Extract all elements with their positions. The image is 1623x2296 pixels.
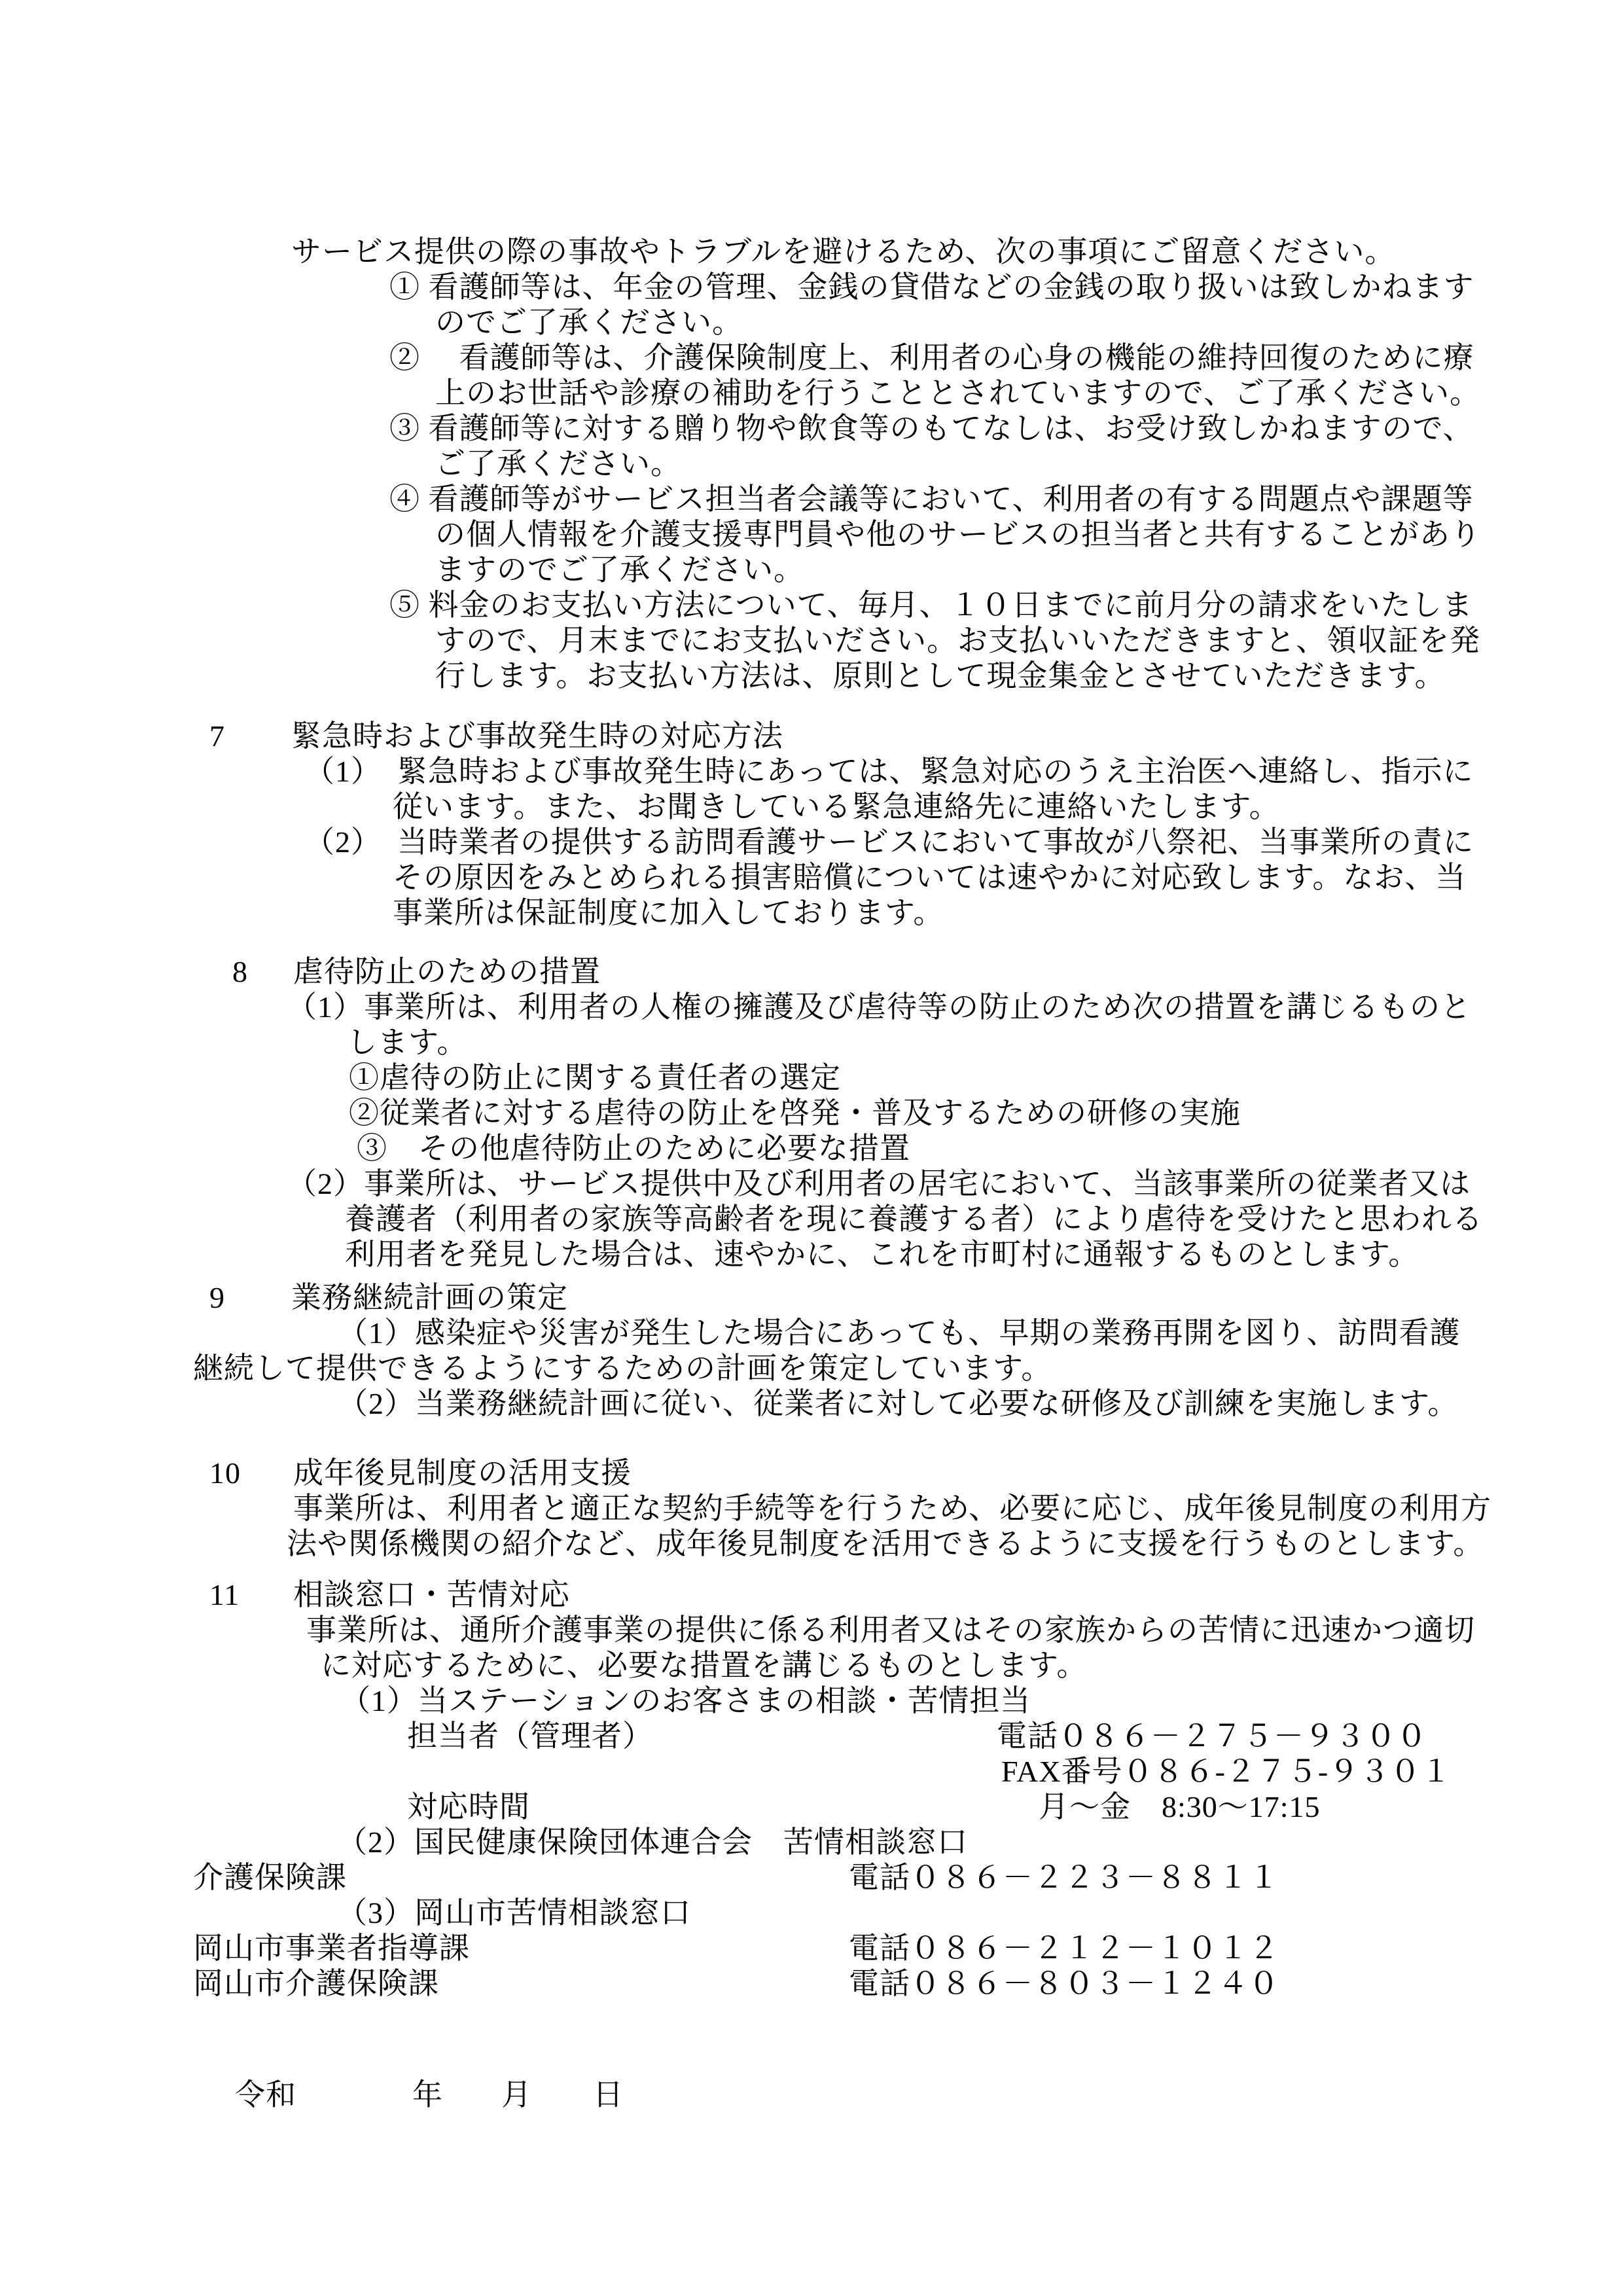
section-line: （2）事業所は、サービス提供中及び利用者の居宅において、当該事業所の従業者又は: [287, 1166, 1471, 1202]
section-number: 7: [209, 719, 225, 754]
note-line: の個人情報を介護支援専門員や他のサービスの担当者と共有することがあり: [435, 517, 1481, 552]
section-line: します。: [347, 1025, 467, 1060]
section-line: （1）事業所は、利用者の人権の擁護及び虐待等の防止のため次の措置を講じるものと: [287, 990, 1471, 1025]
section-title: 業務継続計画の策定: [291, 1280, 568, 1316]
intro-line: サービス提供の際の事故やトラブルを避けるため、次の事項にご留意ください。: [291, 234, 1395, 270]
section-line: 養護者（利用者の家族等高齢者を現に養護する者）により虐待を受けたと思われる: [345, 1202, 1483, 1237]
section-title: 虐待防止のための措置: [293, 954, 601, 990]
section-title: 相談窓口・苦情対応: [293, 1577, 570, 1613]
note-line: ① 看護師等は、年金の管理、金銭の貸借などの金銭の取り扱いは致しかねます: [389, 270, 1474, 305]
section-line: （1）感染症や災害が発生した場合にあっても、早期の業務再開を図り、訪問看護: [338, 1316, 1461, 1351]
section-line: 事業所は、通所介護事業の提供に係る利用者又はその家族からの苦情に迅速かつ適切: [306, 1613, 1475, 1648]
note-line: ③ 看護師等に対する贈り物や飲食等のもてなしは、お受け致しかねますので、: [389, 411, 1474, 446]
date-day-label: 日: [593, 2077, 624, 2113]
section-title: 緊急時および事故発生時の対応方法: [291, 719, 783, 754]
section-line: （2）当業務継続計画に従い、従業者に対して必要な研修及び訓練を実施します。: [338, 1386, 1458, 1422]
section-number: 10: [209, 1456, 241, 1491]
contact-fax: FAX番号０８６-２７５-９３０１: [1001, 1754, 1452, 1789]
contact-hours: 月～金 8:30～17:15: [1039, 1789, 1321, 1825]
section-line: 事業所は、利用者と適正な契約手続等を行うため、必要に応じ、成年後見制度の利用方: [293, 1491, 1491, 1526]
date-era-label: 令和: [235, 2077, 296, 2113]
complaint-heading: （3）岡山市苦情相談窓口: [337, 1895, 691, 1931]
document-page: サービス提供の際の事故やトラブルを避けるため、次の事項にご留意ください。 ① 看…: [0, 0, 1623, 2296]
note-line: ④ 看護師等がサービス担当者会議等において、利用者の有する問題点や課題等: [389, 482, 1474, 517]
note-line: ご了承ください。: [435, 446, 681, 482]
note-line: ② 看護師等は、介護保険制度上、利用者の心身の機能の維持回復のために療: [389, 340, 1474, 376]
date-month-label: 月: [501, 2077, 532, 2113]
note-line: ⑤ 料金のお支払い方法について、毎月、１０日までに前月分の請求をいたしま: [389, 588, 1473, 623]
note-line: 上のお世話や診療の補助を行うこととされていますので、ご了承ください。: [435, 376, 1480, 411]
complaint-heading: （1）当ステーションのお客さまの相談・苦情担当: [340, 1683, 1031, 1719]
section-line: （2） 当時業者の提供する訪問看護サービスにおいて事故が八祭祀、当事業所の責に: [304, 825, 1474, 860]
contact-phone: 電話０８６－２１２－１０１２: [849, 1931, 1279, 1966]
section-line: 事業所は保証制度に加入しております。: [393, 895, 944, 931]
date-year-label: 年: [412, 2077, 443, 2113]
contact-label: 介護保険課: [193, 1860, 347, 1895]
contact-phone: 電話０８６－２２３－８８１１: [849, 1860, 1279, 1895]
section-line: その原因をみとめられる損害賠償については速やかに対応致します。なお、当: [393, 860, 1466, 895]
section-line: 利用者を発見した場合は、速やかに、これを市町村に通報するものとします。: [345, 1237, 1419, 1272]
section-line: に対応するために、必要な措置を講じるものとします。: [321, 1648, 1087, 1683]
contact-label: 対応時間: [407, 1789, 530, 1825]
contact-label: 岡山市事業者指導課: [193, 1931, 470, 1966]
note-line: ますのでご了承ください。: [435, 552, 804, 588]
section-line: （1） 緊急時および事故発生時にあっては、緊急対応のうえ主治医へ連絡し、指示に: [304, 754, 1474, 789]
section-line: 継続して提供できるようにするための計画を策定しています。: [193, 1351, 1052, 1386]
contact-label: 担当者（管理者）: [407, 1719, 653, 1754]
section-line: 従います。また、お聞きしている緊急連絡先に連絡いたします。: [393, 789, 1280, 825]
note-line: すので、月末までにお支払いださい。お支払いいただきますと、領収証を発: [435, 623, 1480, 658]
contact-phone: 電話０８６－２７５－９３００: [997, 1719, 1427, 1754]
section-line: ②従業者に対する虐待の防止を啓発・普及するための研修の実施: [349, 1096, 1241, 1131]
section-line: ③ その他虐待防止のために必要な措置: [357, 1131, 910, 1166]
section-line: ①虐待の防止に関する責任者の選定: [349, 1060, 841, 1096]
section-number: 8: [232, 954, 248, 990]
contact-phone: 電話０８６－８０３－１２４０: [849, 1966, 1279, 2001]
section-number: 11: [209, 1577, 240, 1613]
contact-label: 岡山市介護保険課: [193, 1966, 439, 2001]
section-title: 成年後見制度の活用支援: [293, 1456, 632, 1491]
note-line: のでご了承ください。: [435, 305, 743, 340]
note-line: 行します。お支払い方法は、原則として現金集金とさせていただきます。: [435, 658, 1446, 694]
section-line: 法や関係機関の紹介など、成年後見制度を活用できるように支援を行うものとします。: [287, 1526, 1484, 1562]
section-number: 9: [209, 1280, 225, 1316]
complaint-heading: （2）国民健康保険団体連合会 苦情相談窓口: [337, 1825, 968, 1860]
